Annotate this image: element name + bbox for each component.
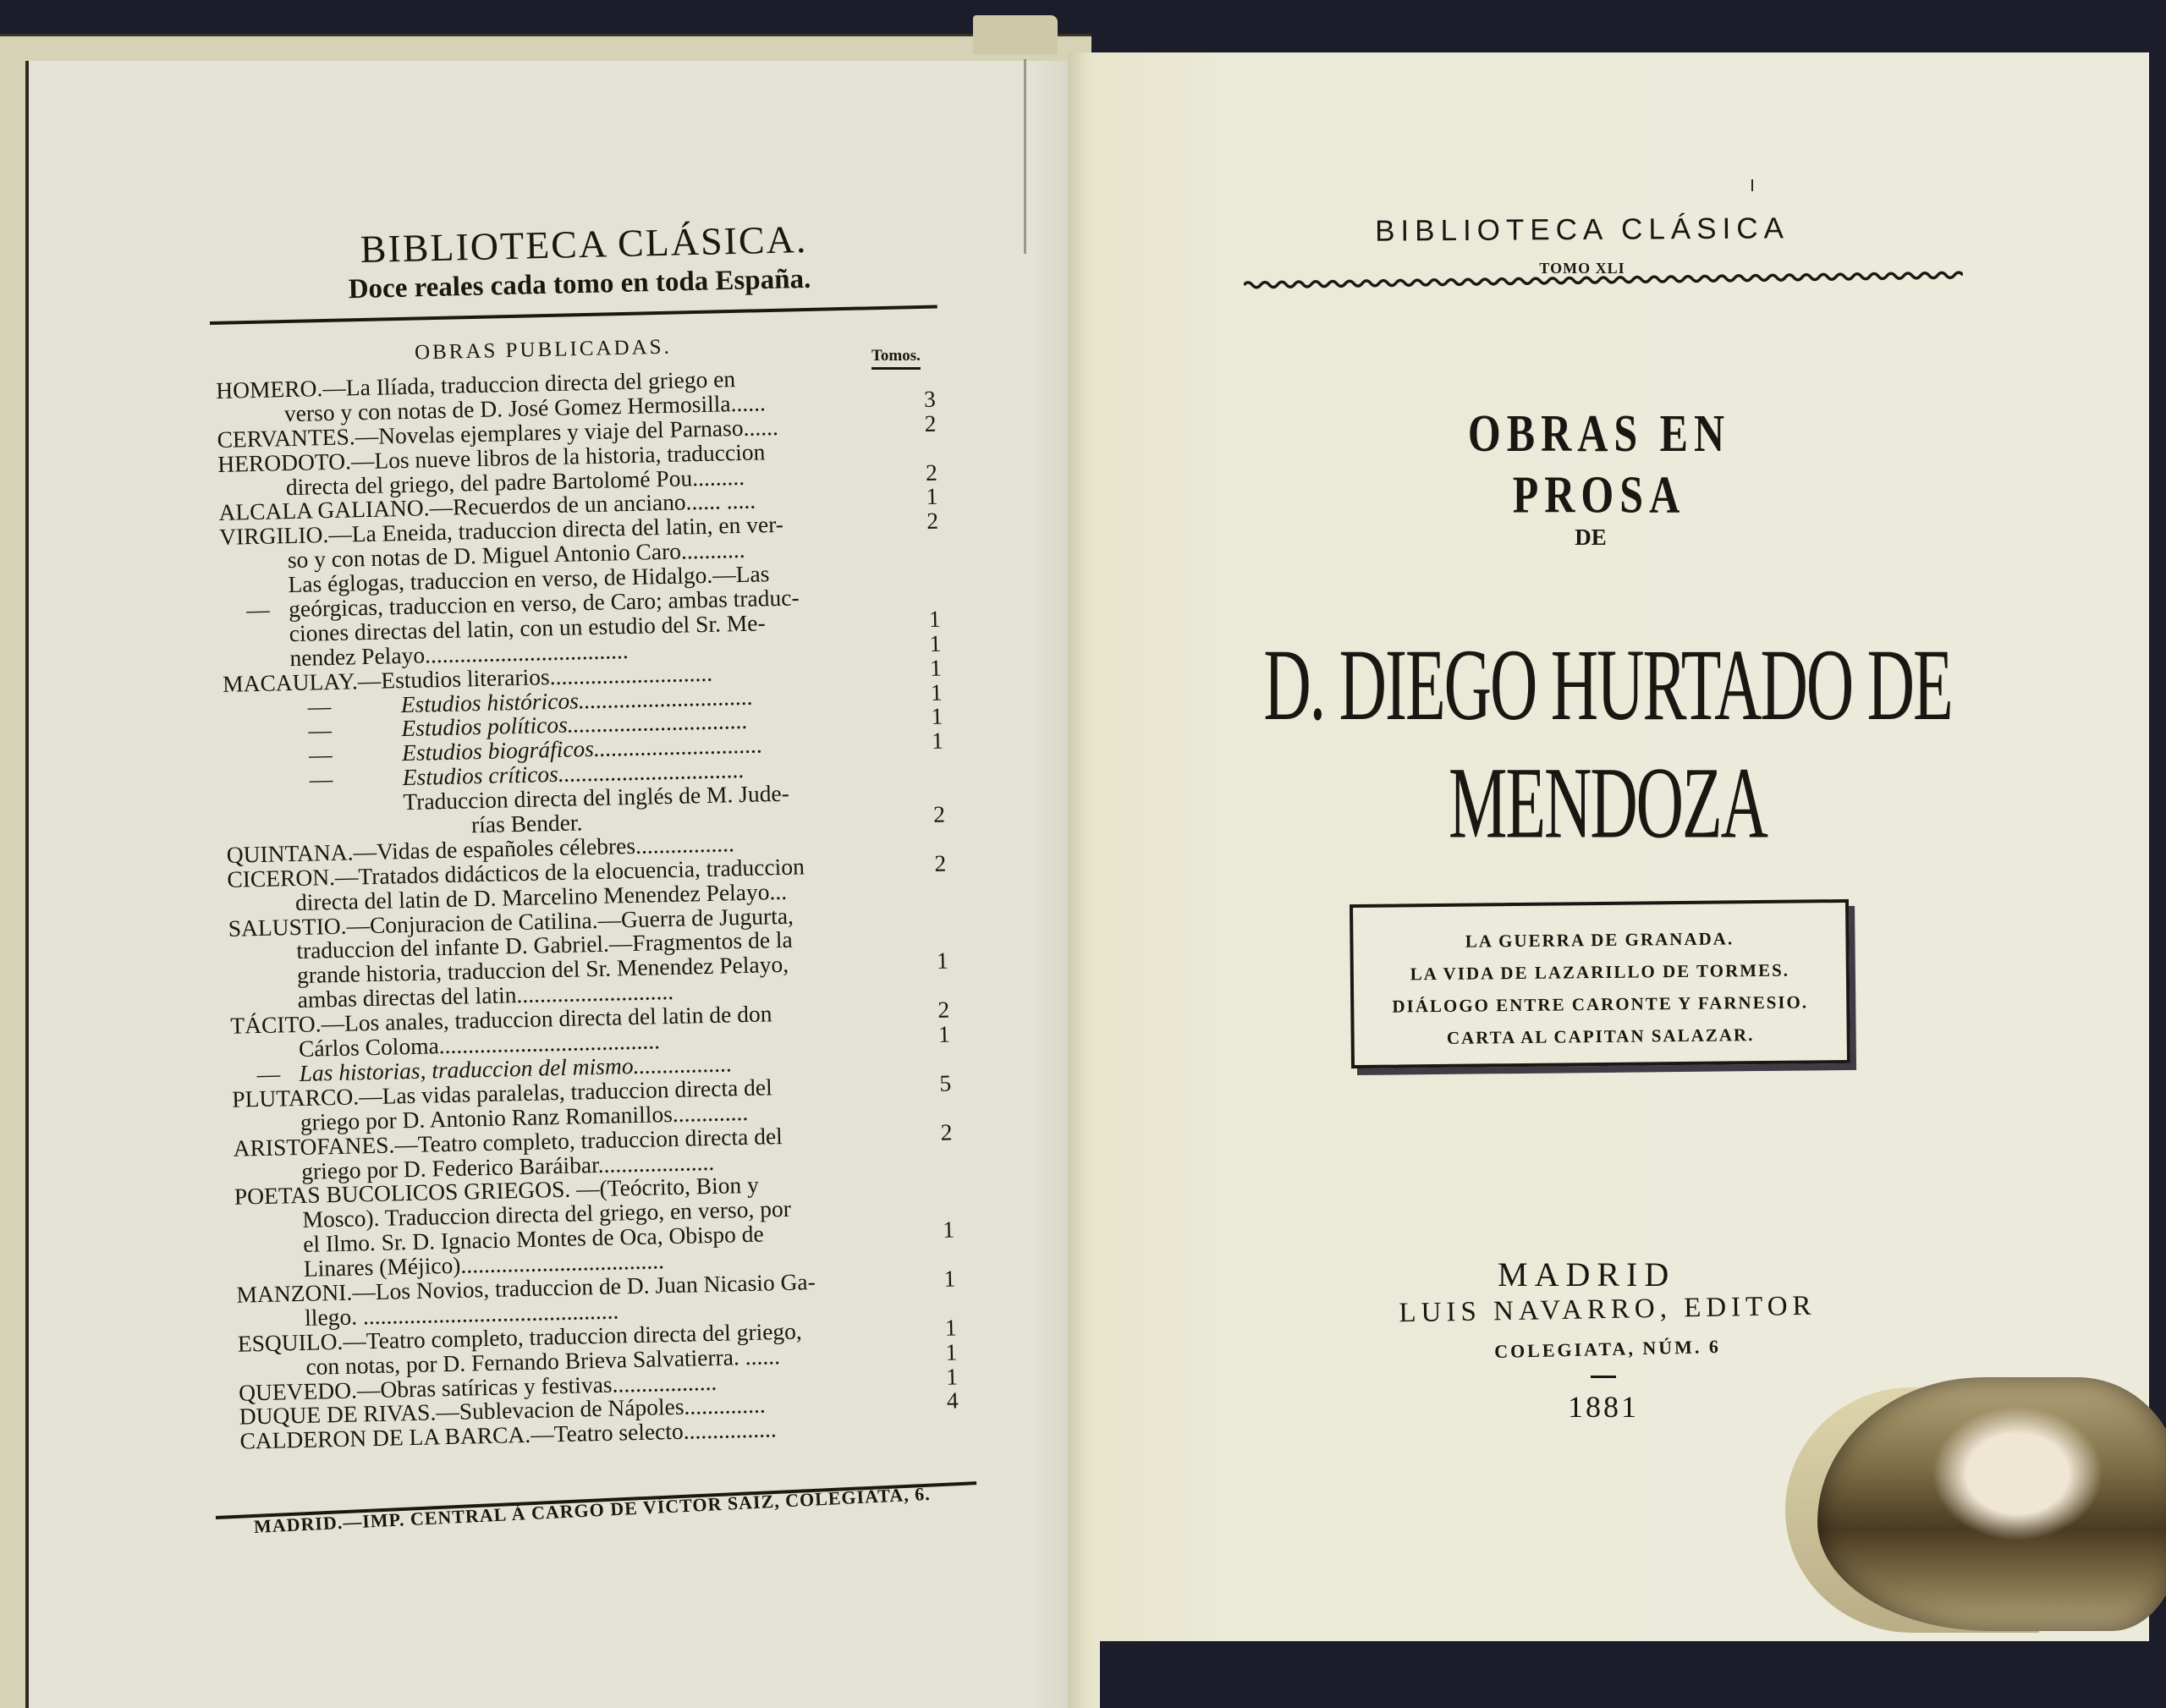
tomos-count: 2 — [918, 1120, 953, 1145]
book-spine-top — [973, 15, 1058, 54]
tomos-count: 1 — [915, 949, 949, 975]
tomos-count: 2 — [911, 803, 946, 828]
publication-city: MADRID — [1498, 1255, 1667, 1294]
tomos-count: 1 — [921, 1266, 956, 1292]
contents-item: LA VIDA DE LAZARILLO DE TORMES. — [1354, 953, 1846, 991]
contents-box: LA GUERRA DE GRANADA. LA VIDA DE LAZARIL… — [1350, 899, 1850, 1068]
contents-item: CARTA AL CAPITAN SALAZAR. — [1354, 1018, 1846, 1055]
separator — [1591, 1376, 1616, 1378]
tomos-count: 3 — [901, 387, 936, 413]
background — [1100, 1641, 2166, 1708]
tomos-count: 1 — [904, 485, 938, 510]
title-preposition: DE — [1557, 524, 1624, 551]
tomos-count: 1 — [908, 656, 943, 681]
tomos-count: 2 — [903, 460, 937, 486]
tomos-count: 1 — [923, 1340, 958, 1365]
book-gutter — [1068, 52, 1102, 1708]
tomos-count: 1 — [910, 729, 944, 755]
page-tear-crease — [1024, 59, 1026, 254]
catalog-list: HOMERO.—La Ilíada, traduccion directa de… — [216, 362, 968, 1453]
tomos-count: 2 — [904, 509, 939, 535]
tomos-count: 1 — [922, 1315, 957, 1341]
tomos-count: 2 — [915, 998, 950, 1024]
left-page-edge — [1032, 61, 1068, 1708]
tomos-count: 2 — [902, 411, 937, 437]
tomos-count: 1 — [906, 607, 941, 633]
brass-page-weight — [1817, 1377, 2166, 1631]
series-title: BIBLIOTECA CLÁSICA — [1286, 211, 1878, 250]
tomos-count: 1 — [915, 1023, 950, 1048]
printer-mark — [1751, 179, 1753, 191]
tomos-count: 1 — [908, 680, 943, 706]
publication-year: 1881 — [1540, 1389, 1667, 1425]
tomos-count: 1 — [909, 705, 943, 730]
tomos-count: 1 — [921, 1218, 955, 1244]
tomos-count: 1 — [907, 631, 942, 656]
tomos-count: 1 — [924, 1365, 959, 1390]
author-name: D. DIEGO HURTADO DE MENDOZA — [1244, 626, 1971, 862]
tomos-count: 2 — [912, 851, 947, 876]
tomos-count: 5 — [917, 1071, 952, 1096]
contents-item: LA GUERRA DE GRANADA. — [1353, 921, 1845, 958]
book-title: OBRAS EN PROSA — [1405, 403, 1794, 525]
contents-item: DIÁLOGO ENTRE CARONTE Y FARNESIO. — [1354, 986, 1846, 1023]
tomos-count: 4 — [924, 1389, 959, 1414]
